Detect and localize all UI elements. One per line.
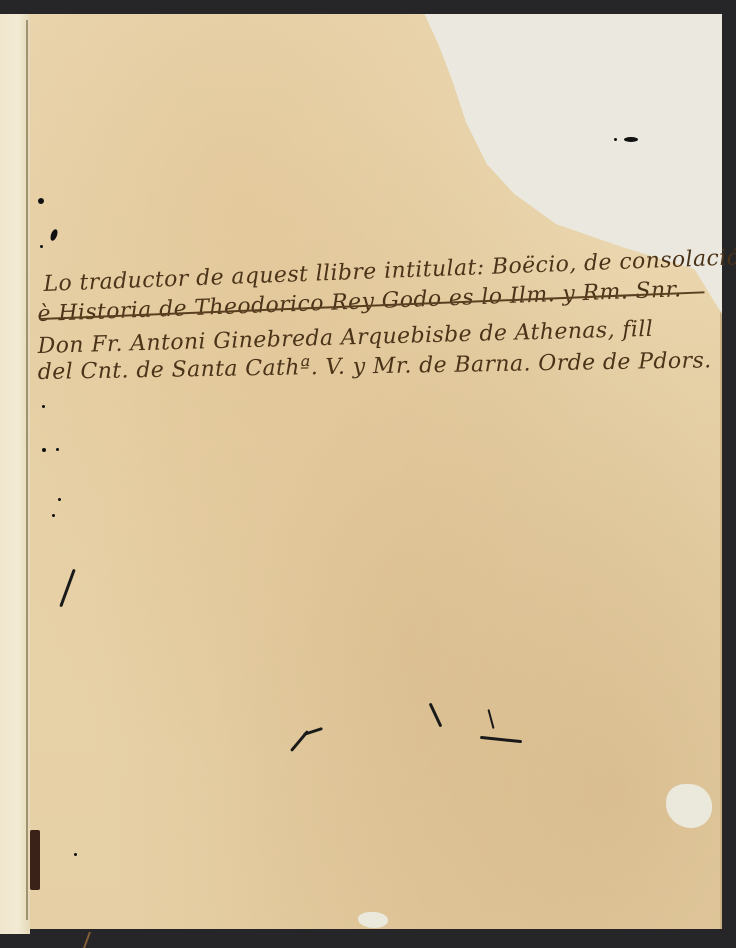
binding-damage <box>30 830 40 890</box>
ink-dot <box>42 405 45 408</box>
ink-dot <box>56 448 59 451</box>
binding-gutter <box>26 20 28 920</box>
ink-blot <box>624 137 638 142</box>
ink-dot <box>40 245 43 248</box>
ink-dot <box>52 514 55 517</box>
ink-blot <box>38 198 44 204</box>
paper-loss <box>358 912 388 928</box>
ink-dot <box>58 498 61 501</box>
ink-dot <box>614 138 617 141</box>
ink-dot <box>74 853 77 856</box>
ink-dot <box>42 448 46 452</box>
